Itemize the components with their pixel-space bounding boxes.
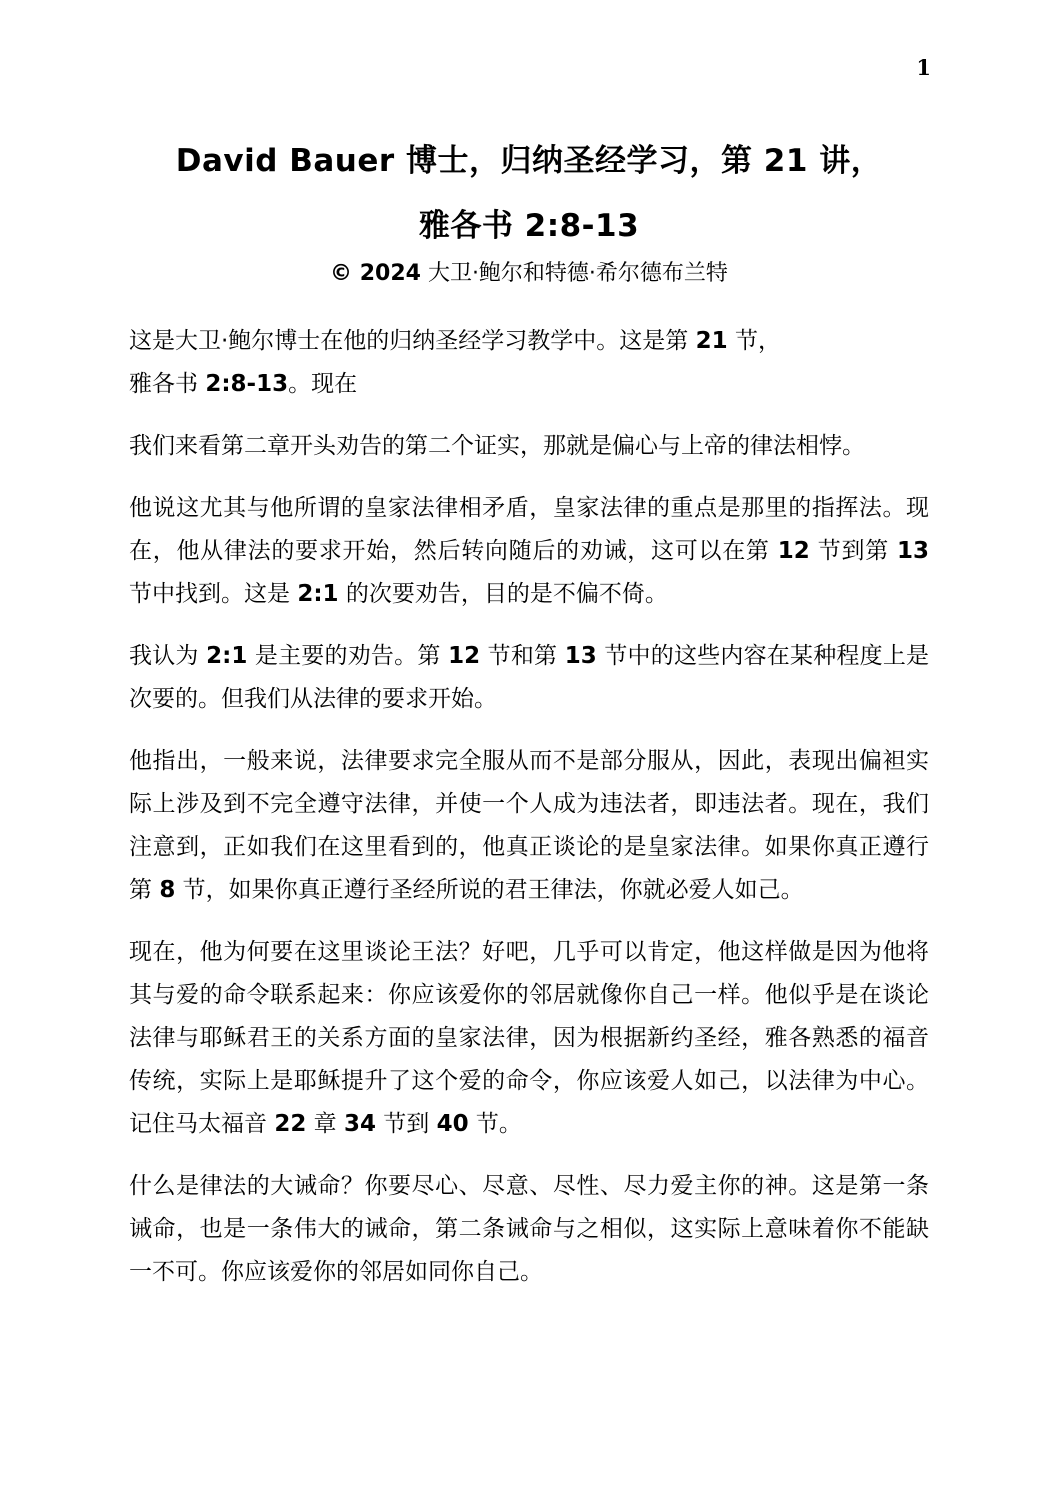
title-line-2: 雅各书 2:8-13 xyxy=(0,194,1058,259)
paragraph: 我们来看第二章开头劝告的第二个证实，那就是偏心与上帝的律法相悖。 xyxy=(129,425,929,468)
copyright-line: © 2024 大卫·鲍尔和特德·希尔德布兰特 xyxy=(0,259,1058,289)
paragraph: 他指出，一般来说，法律要求完全服从而不是部分服从，因此，表现出偏袒实际上涉及到不… xyxy=(129,740,929,912)
copyright-symbol-year: © 2024 xyxy=(330,261,421,286)
page-number: 1 xyxy=(916,57,931,78)
paragraph: 现在，他为何要在这里谈论王法？好吧，几乎可以肯定，他这样做是因为他将其与爱的命令… xyxy=(129,931,929,1146)
paragraph: 我认为 2:1 是主要的劝告。第 12 节和第 13 节中的这些内容在某种程度上… xyxy=(129,635,929,721)
document-page: 1 David Bauer 博士，归纳圣经学习，第 21 讲， 雅各书 2:8-… xyxy=(0,0,1058,1497)
copyright-names: 大卫·鲍尔和特德·希尔德布兰特 xyxy=(428,261,728,286)
document-title: David Bauer 博士，归纳圣经学习，第 21 讲， 雅各书 2:8-13 xyxy=(0,0,1058,259)
title-line-1: David Bauer 博士，归纳圣经学习，第 21 讲， xyxy=(0,129,1058,194)
document-body: 这是大卫·鲍尔博士在他的归纳圣经学习教学中。这是第 21 节， 雅各书 2:8-… xyxy=(129,320,929,1294)
paragraph: 他说这尤其与他所谓的皇家法律相矛盾，皇家法律的重点是那里的指挥法。现在，他从律法… xyxy=(129,487,929,616)
paragraph: 这是大卫·鲍尔博士在他的归纳圣经学习教学中。这是第 21 节， 雅各书 2:8-… xyxy=(129,320,929,406)
paragraph: 什么是律法的大诫命？你要尽心、尽意、尽性、尽力爱主你的神。这是第一条诫命，也是一… xyxy=(129,1165,929,1294)
